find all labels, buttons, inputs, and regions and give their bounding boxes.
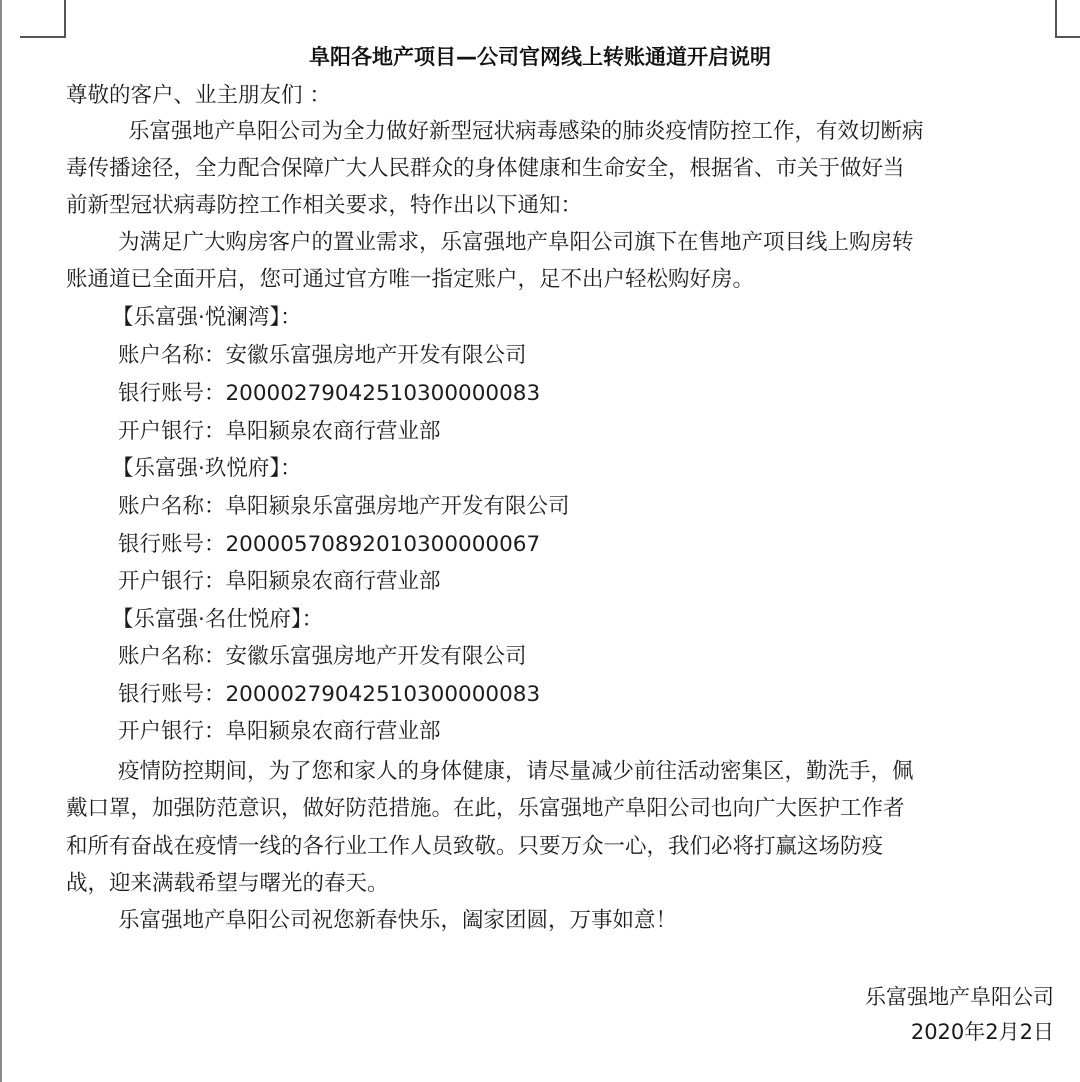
crop-mark-top-left-h [20,36,66,38]
project3-name: 【乐富强·名仕悦府】： [112,605,323,635]
signature-company: 乐富强地产阜阳公司 [865,982,1054,1012]
project2-bank: 开户银行：阜阳颍泉农商行营业部 [118,567,441,597]
project1-account-number: 银行账号：20000279042510300000083 [118,379,540,409]
paragraph1-line1: 乐富强地产阜阳公司为全力做好新型冠状病毒感染的肺炎疫情防控工作，有效切断病 [128,117,924,147]
page-left-edge [0,0,2,1082]
project1-account-name: 账户名称：安徽乐富强房地产开发有限公司 [118,341,527,371]
paragraph3-line2: 戴口罩，加强防范意识，做好防范措施。在此，乐富强地产阜阳公司也向广大医护工作者 [66,794,905,824]
project2-account-name: 账户名称：阜阳颍泉乐富强房地产开发有限公司 [118,492,570,522]
project3-account-name: 账户名称：安徽乐富强房地产开发有限公司 [118,642,527,672]
project2-account-number: 银行账号：20000570892010300000067 [118,530,540,560]
paragraph1-line2: 毒传播途径，全力配合保障广大人民群众的身体健康和生命安全，根据省、市关于做好当 [66,154,905,184]
project3-bank: 开户银行：阜阳颍泉农商行营业部 [118,717,441,747]
paragraph2-line1: 为满足广大购房客户的置业需求，乐富强地产阜阳公司旗下在售地产项目线上购房转 [118,228,914,258]
paragraph1-line3: 前新型冠状病毒防控工作相关要求，特作出以下通知： [66,191,582,221]
paragraph3-line1: 疫情防控期间，为了您和家人的身体健康，请尽量减少前往活动密集区，勤洗手，佩 [118,757,914,787]
document-title: 阜阳各地产项目—公司官网线上转账通道开启说明 [0,42,1080,72]
project3-account-number: 银行账号：20000279042510300000083 [118,680,540,710]
crop-mark-top-right-v [1055,0,1057,37]
paragraph3-line3: 和所有奋战在疫情一线的各行业工作人员致敬。只要万众一心，我们必将打赢这场防疫 [66,832,883,862]
project1-name: 【乐富强·悦澜湾】： [112,303,302,333]
crop-mark-top-left-v [64,0,66,37]
project1-bank: 开户银行：阜阳颍泉农商行营业部 [118,417,441,447]
greeting: 尊敬的客户、业主朋友们 ： [66,81,331,111]
project2-name: 【乐富强·玖悦府】： [112,454,302,484]
closing-line: 乐富强地产阜阳公司祝您新春快乐，阖家团圆，万事如意！ [118,906,677,936]
paragraph2-line2: 账通道已全面开启，您可通过官方唯一指定账户，足不出户轻松购好房。 [66,265,754,295]
paragraph3-line4: 战，迎来满载希望与曙光的春天。 [66,869,389,899]
signature-date: 2020年2月2日 [911,1017,1054,1047]
crop-mark-top-right-h [1055,36,1080,38]
